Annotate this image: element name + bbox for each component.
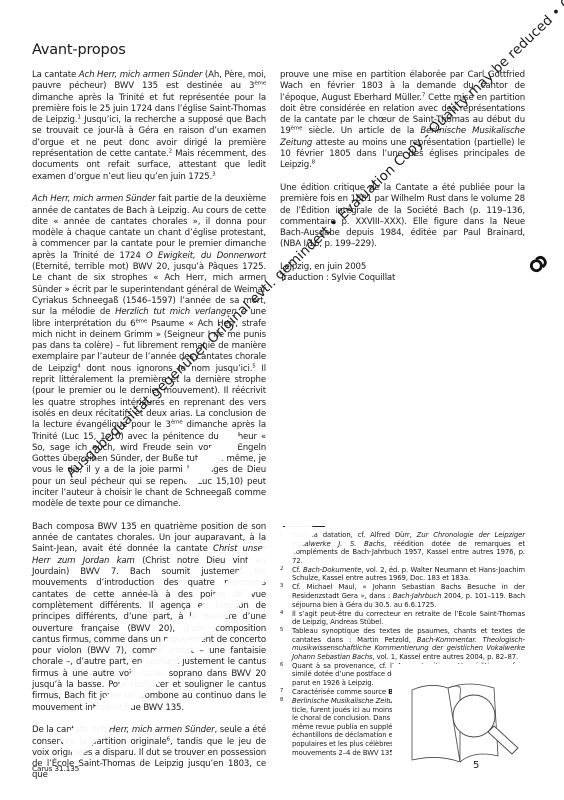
book-magnifier-icon[interactable] (408, 680, 526, 766)
footnote-line: ticle, furent joués ici au moins l (292, 706, 404, 715)
page-number: 5 (473, 760, 479, 771)
superscript: ème (171, 420, 183, 426)
text: Caractérisée comme source (292, 688, 388, 696)
footnote-number: 5 (280, 626, 283, 635)
paragraph-sources: De la cantate Ach Herr, mich armen Sünde… (32, 725, 266, 781)
melody-title: Herzlich tut mich verlangen (115, 307, 237, 317)
superscript: ème (291, 126, 303, 132)
book-title: Bach-Jahrbuch (393, 592, 442, 600)
footnote-number: 3 (280, 582, 283, 591)
footnote-divider (283, 526, 325, 527)
footnote-4: 4Il s’agit peut-être du correcteur en re… (280, 610, 525, 627)
footnote-line: le choral de conclusion. Dans sc (292, 714, 404, 723)
footnote-3: 3Cf. Michael Maul, « Johann Sebastian Ba… (280, 583, 525, 609)
superscript: ème (254, 81, 266, 87)
cantata-title: O Ewigkeit, du Donnerwort (146, 251, 266, 261)
paragraph-critical-edition: Une édition critique de la Cantate a été… (280, 183, 525, 251)
footnote-line: même revue publia en supplén (292, 723, 404, 732)
signature-block: Leipzig, en juin 2005 Traduction : Sylvi… (280, 262, 525, 285)
footnote-number: 8 (280, 697, 283, 705)
text: , vol. 1, Kassel entre autres 2004, p. 8… (372, 653, 518, 661)
text: dont nous ignorons le nom jusqu’ici. (81, 364, 253, 374)
catalog-number: Carus 31.135 (32, 764, 79, 773)
cantata-title: Ach Herr, mich armen Sünder (91, 725, 215, 735)
text: Une édition critique de la Cantate a été… (280, 183, 525, 249)
carus-logo-icon (527, 252, 549, 274)
document-page: Avant-propos La cantate Ach Herr, mich a… (0, 0, 564, 800)
footnote-1: 1Pour la datation, cf. Alfred Dürr, Zur … (280, 531, 525, 565)
translator-credit: Traduction : Sylvie Coquillat (280, 273, 525, 284)
place-date: Leipzig, en juin 2005 (280, 262, 525, 273)
text: siècle. Un article de la (302, 126, 420, 136)
cantata-title: Ach Herr, mich armen Sünder (79, 70, 202, 80)
text: La cantate (32, 70, 79, 80)
paragraph-chorale-year: Ach Herr, mich armen Sünder fait partie … (32, 194, 266, 510)
text: atteste au moins une représentation (par… (280, 138, 525, 171)
book-title: Bach-Dokumente (303, 566, 361, 574)
text: Il s’agit peut-être du correcteur en ret… (292, 610, 525, 627)
text: (Christ notre Dieu vint au Jourdain) BWV… (32, 556, 266, 713)
footnote-number: 2 (280, 565, 283, 574)
cantata-title: Ach Herr, mich armen Sünder (32, 194, 156, 204)
footnote-7: 7Caractérisée comme source B c (280, 688, 404, 697)
paragraph-intro: La cantate Ach Herr, mich armen Sünder (… (32, 70, 266, 183)
text: Pour la datation, cf. Alfred Dürr, (292, 531, 417, 539)
superscript: ème (135, 318, 147, 324)
paragraph-wach-score: prouve une mise en partition élaborée pa… (280, 70, 525, 172)
left-column: La cantate Ach Herr, mich armen Sünder (… (32, 70, 266, 782)
footnote-line: mouvements 2–4 de BWV 135 . (292, 749, 404, 758)
footnote-number: 6 (280, 661, 283, 670)
footnote-line: populaires et les plus célèbres c (292, 740, 404, 749)
footnote-line: échantillons de déclamation et (292, 731, 404, 740)
text: De la cantate (32, 725, 91, 735)
right-column: prouve une mise en partition élaborée pa… (280, 70, 525, 285)
footnote-number: 1 (280, 530, 283, 539)
footnote-5: 5Tableau synoptique des textes de psaume… (280, 627, 525, 661)
text: dimanche après la Trinité (Luc 15, 1–10)… (32, 420, 266, 509)
footnote-number: 4 (280, 609, 283, 618)
footnote-number: 7 (280, 688, 283, 696)
page-title: Avant-propos (32, 42, 126, 58)
footnote-8: 8Berlinische Musikalische Zeitu ticle, f… (280, 697, 404, 757)
paragraph-composition: Bach composa BWV 135 en quatrième positi… (32, 522, 266, 714)
journal-title: Berlinische Musikalische Zeitu (292, 697, 393, 705)
footnote-ref-8[interactable]: 8 (312, 160, 315, 166)
text: Cf. (292, 566, 303, 574)
footnote-ref-3[interactable]: 3 (212, 171, 215, 177)
footnote-2: 2Cf. Bach-Dokumente, vol. 2, éd. p. Walt… (280, 566, 525, 583)
